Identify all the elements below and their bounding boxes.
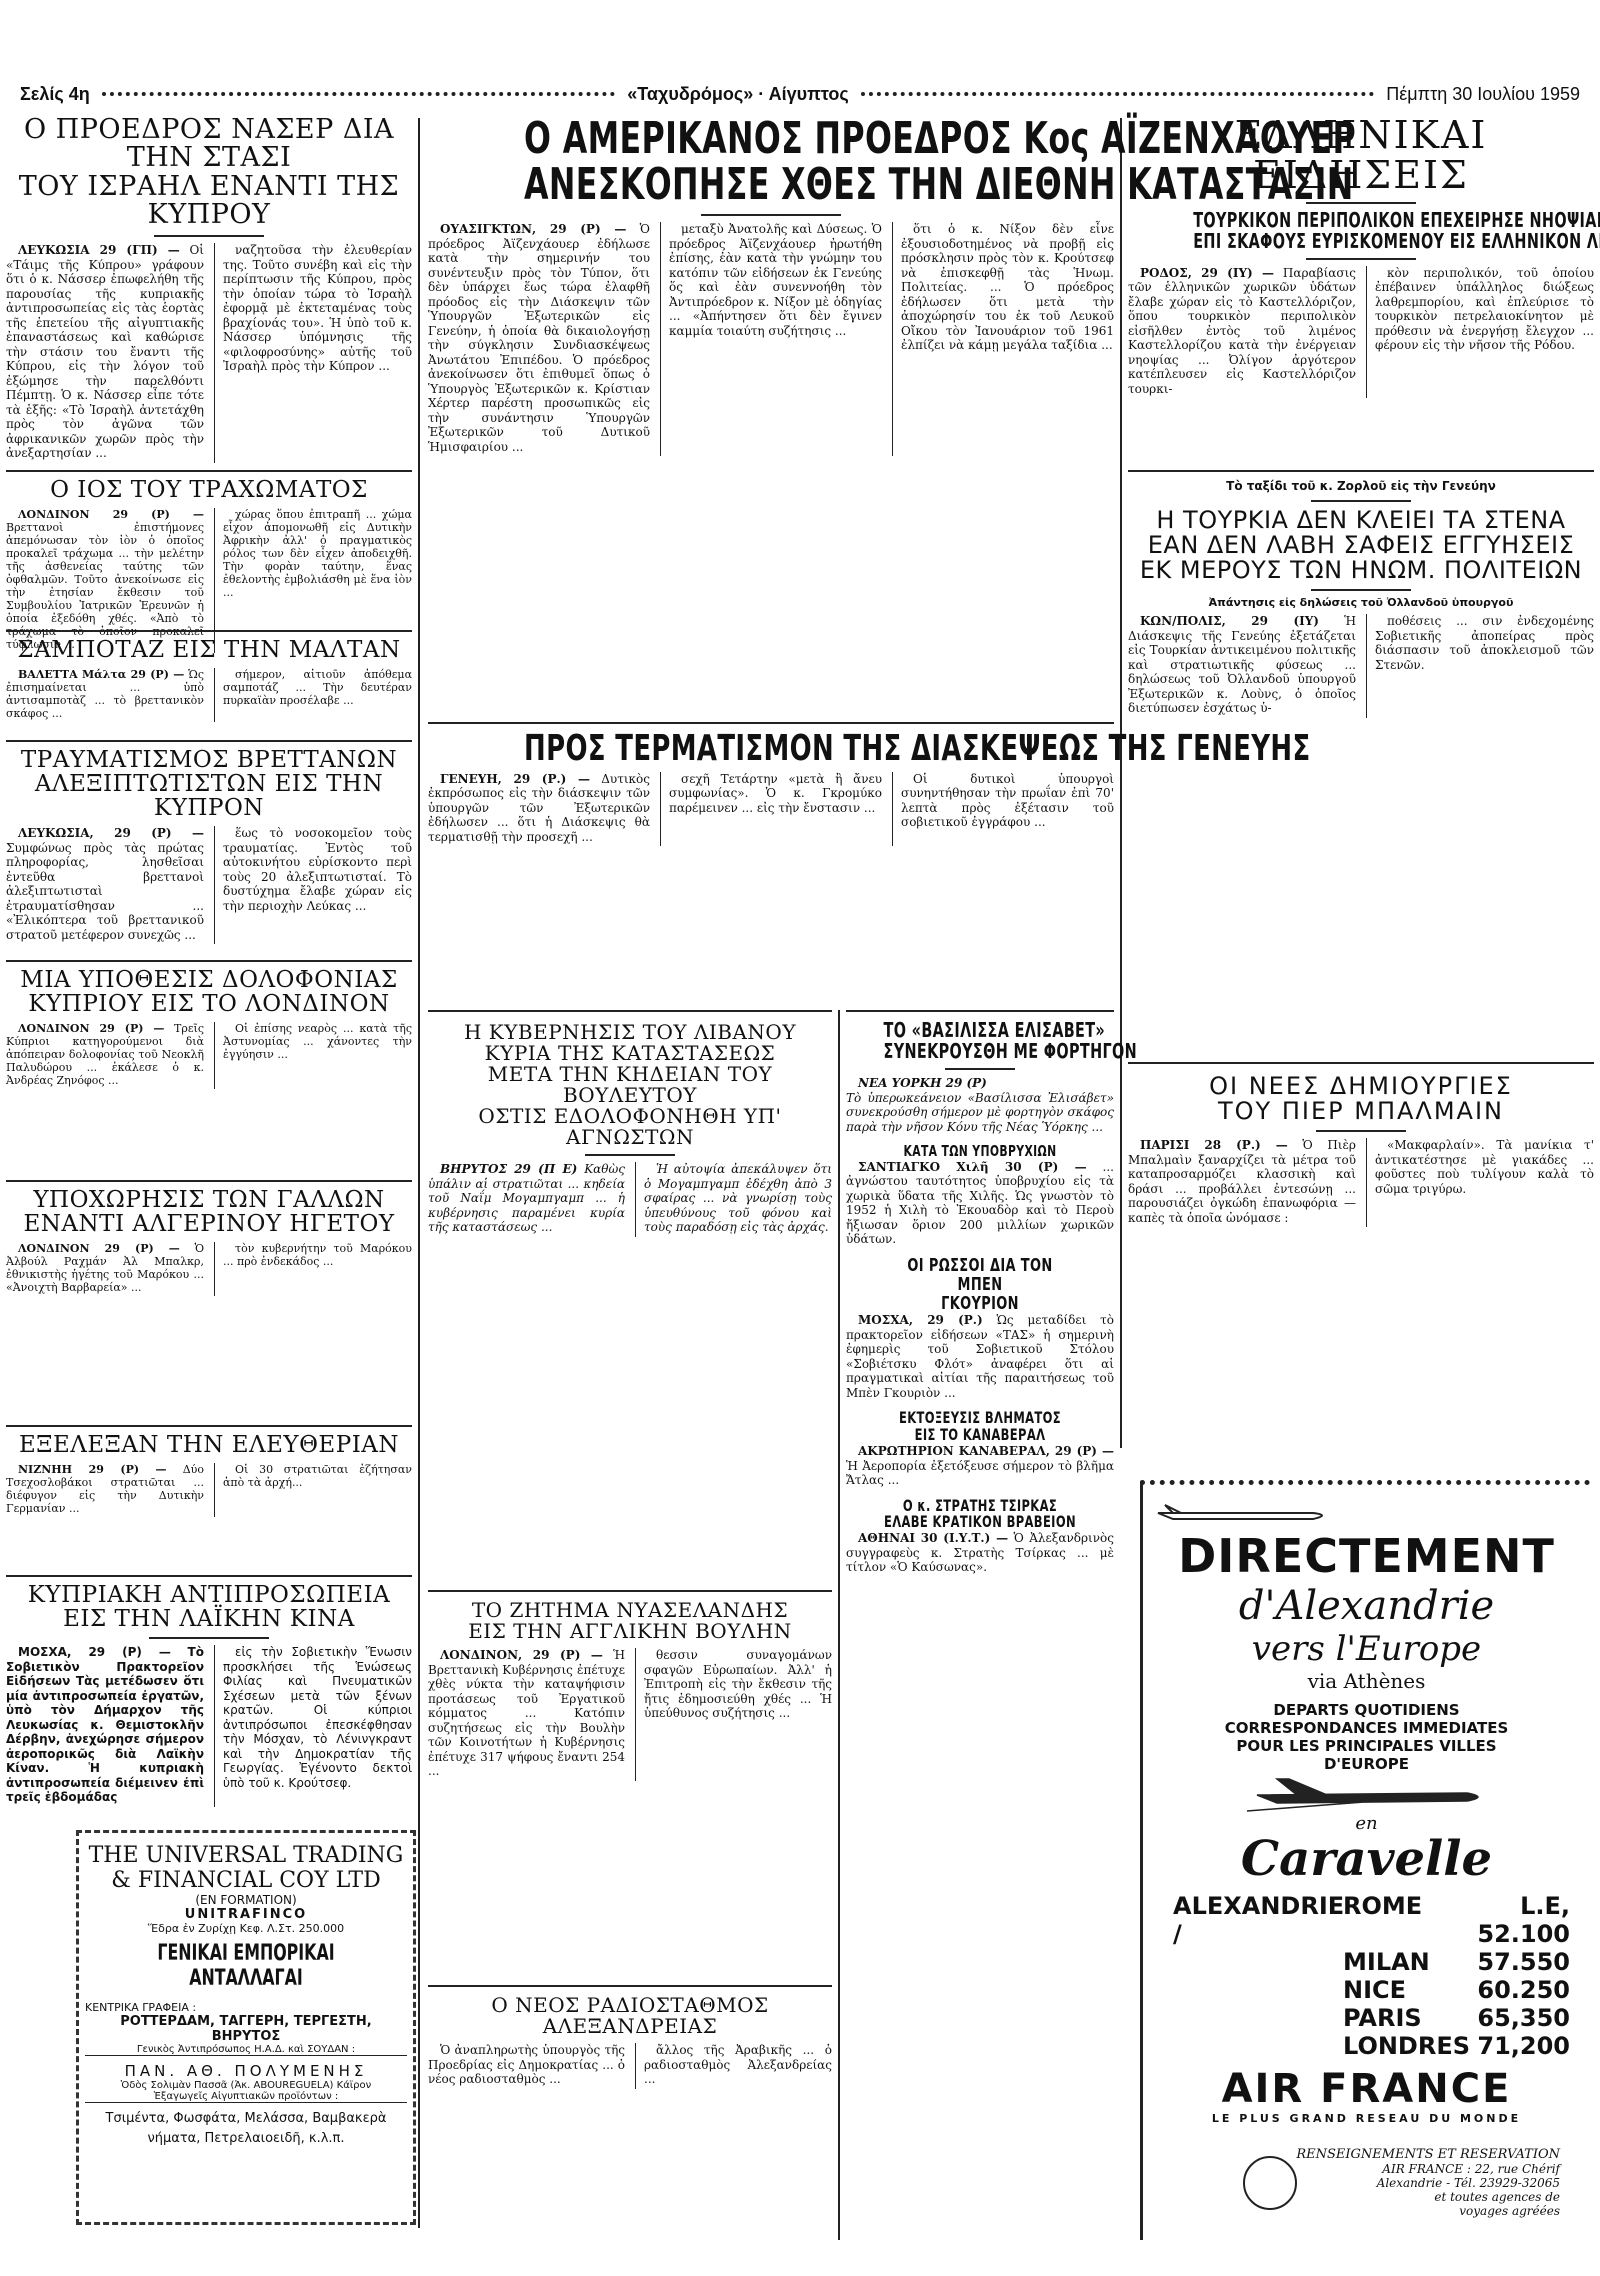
dateline: ΛΟΝΔΙΝΟΝ 29 (Ρ) —	[18, 1242, 180, 1255]
ad-exports: Τσιμέντα, Φωσφάτα, Μελάσσα, Βαμβακερὰ νή…	[85, 2109, 407, 2149]
fare-origin	[1173, 2004, 1343, 2032]
article-text: Οἱ ἐπίσης νεαρὸς ... κατὰ τῆς Ἀστυνομίας…	[223, 1022, 412, 1061]
headline: ΤΟ ΖΗΤΗΜΑ ΝΥΑΣΕΛΑΝΔΗΣ	[428, 1600, 832, 1621]
section-title: ΕΛΛΗΝΙΚΑΙ ΕΙΔΗΣΕΙΣ	[1128, 116, 1594, 196]
article-greek-news: ΕΛΛΗΝΙΚΑΙ ΕΙΔΗΣΕΙΣ ΤΟΥΡΚΙΚΟΝ ΠΕΡΙΠΟΛΙΚΟΝ…	[1128, 116, 1594, 398]
headline: ΤΟΥΡΚΙΚΟΝ ΠΕΡΙΠΟΛΙΚΟΝ ΕΠΕΧΕΙΡΗΣΕ ΝΗΟΨΙΑΝ	[1193, 210, 1529, 231]
fare-price: L.E, 52.100	[1453, 1892, 1570, 1948]
dateline: ΒΑΛΕΤΤΑ Μάλτα 29 (Ρ) —	[18, 668, 184, 681]
dateline: ΓΕΝΕΥΗ, 29 (Ρ.) —	[440, 772, 590, 786]
article-freedom: ΕΞΕΛΕΞΑΝ ΤΗΝ ΕΛΕΥΘΕΡΙΑΝ ΝΙΖΝΗΗ 29 (Ρ) — …	[6, 1425, 412, 1517]
article-text: ναζητοῦσα τὴν ἐλευθερίαν της. Τοῦτο συνέ…	[223, 243, 412, 374]
article-cyprus-china: ΚΥΠΡΙΑΚΗ ΑΝΤΙΠΡΟΣΩΠΕΙΑ ΕΙΣ ΤΗΝ ΛΑΪΚΗΝ ΚΙ…	[6, 1575, 412, 1807]
ad-agent: ΠΑΝ. ΑΘ. ΠΟΛΥΜΕΝΗΣ	[85, 2062, 407, 2080]
ad-exports-label: Ἐξαγωγεῖς Αἰγυπτιακῶν προϊόντων :	[85, 2091, 407, 2103]
dateline: ΑΚΡΩΤΗΡΙΟΝ ΚΑΝΑΒΕΡΑΛ, 29 (Ρ) —	[858, 1444, 1114, 1458]
ad-headline: DIRECTEMENT	[1143, 1529, 1590, 1583]
headline: Ο ΑΜΕΡΙΚΑΝΟΣ ΠΡΟΕΔΡΟΣ Κος ΑΪΖΕΝΧΑΟΥΕΡ	[524, 116, 1018, 162]
fare-row: NICE60.250	[1173, 1976, 1570, 2004]
fare-price: 60.250	[1453, 1976, 1570, 2004]
article-radio-alexandria: Ο ΝΕΟΣ ΡΑΔΙΟΣΤΑΘΜΟΣ ΑΛΕΞΑΝΔΡΕΙΑΣ Ὁ ἀναπλ…	[428, 1985, 832, 2089]
fare-city: MILAN	[1343, 1948, 1453, 1976]
headline: ΕΙΣ ΤΟ ΚΑΝΑΒΕΡΑΛ	[884, 1427, 1077, 1444]
masthead: Σελίς 4η «Ταχυδρόμος» · Αίγυπτος Πέμπτη …	[0, 80, 1600, 108]
ad-company-name: & FINANCIAL COY LTD	[85, 1868, 407, 1893]
ad-tagline: LE PLUS GRAND RESEAU DU MONDE	[1143, 2112, 1590, 2125]
article-text: Συμφώνως πρὸς τὰς πρώτας πληροφορίας, λη…	[6, 841, 204, 942]
ad-line: d'Alexandrie	[1143, 1583, 1590, 1629]
caravelle-jet-icon	[1143, 1773, 1590, 1813]
headline: ΕΚ ΜΕΡΟΥΣ ΤΩΝ ΗΝΩΜ. ΠΟΛΙΤΕΙΩΝ	[1128, 558, 1594, 583]
dateline: ΝΕΑ ΥΟΡΚΗ 29 (Ρ)	[858, 1076, 987, 1090]
article-text: χώρας ὅπου ἐπιτραπῆ ... χώμα εἶχον ἀπομο…	[223, 508, 412, 599]
fare-origin	[1173, 1976, 1343, 2004]
article-trachoma: Ο ΙΟΣ ΤΟΥ ΤΡΑΧΩΜΑΤΟΣ ΛΟΝΔΙΝΟΝ 29 (Ρ) — Β…	[6, 470, 412, 653]
headline: ΠΡΟΣ ΤΕΡΜΑΤΙΣΜΟΝ ΤΗΣ ΔΙΑΣΚΕΨΕΩΣ ΤΗΣ ΓΕΝΕ…	[524, 730, 1018, 768]
article-text: Ἡ αὐτοψία ἀπεκάλυψεν ὅτι ὁ Μογαμπγαμπ ἐδ…	[644, 1162, 832, 1235]
article-text: θεσσιν συναγομάνων σφαγῶν Εὐρωπαίων. Ἀλλ…	[644, 1648, 832, 1721]
headline: ΣΑΜΠΟΤΑΖ ΕΙΣ ΤΗΝ ΜΑΛΤΑΝ	[6, 638, 412, 662]
ad-via: via Athènes	[1143, 1669, 1590, 1693]
article-nasser: Ο ΠΡΟΕΔΡΟΣ ΝΑΣΕΡ ΔΙΑ ΤΗΝ ΣΤΑΣΙ ΤΟΥ ΙΣΡΑΗ…	[6, 116, 412, 463]
advertisement-air-france: DIRECTEMENT d'Alexandrie vers l'Europe v…	[1140, 1480, 1590, 2240]
dateline: ΝΙΖΝΗΗ 29 (Ρ) —	[18, 1463, 167, 1476]
headline: ΕΞΕΛΕΞΑΝ ΤΗΝ ΕΛΕΥΘΕΡΙΑΝ	[6, 1433, 412, 1457]
fare-row: PARIS65,350	[1173, 2004, 1570, 2032]
column-briefs: ΤΟ «ΒΑΣΙΛΙΣΣΑ ΕΛΙΣΑΒΕΤ» ΣΥΝΕΚΡΟΥΣΘΗ ΜΕ Φ…	[846, 1010, 1114, 1577]
dateline: ΣΑΝΤΙΑΓΚΟ Χιλῆ 30 (Ρ) —	[858, 1160, 1087, 1174]
article-balmain: ΟΙ ΝΕΕΣ ΔΗΜΙΟΥΡΓΙΕΣ ΤΟΥ ΠΙΕΡ ΜΠΑΛΜΑΙΝ ΠΑ…	[1128, 1062, 1594, 1227]
page-number: Σελίς 4η	[20, 84, 90, 105]
article-text: ἕως τὸ νοσοκομεῖον τοὺς τραυματίας. Ἐντὸ…	[223, 826, 412, 913]
article-text: Οἱ δυτικοὶ ὑπουργοὶ συνηντήθησαν τὴν πρω…	[901, 772, 1114, 830]
dateline: ΑΘΗΝΑΙ 30 (Ι.Υ.Τ.) —	[858, 1531, 1008, 1545]
fare-row: MILAN57.550	[1173, 1948, 1570, 1976]
fare-price: 71,200	[1453, 2032, 1570, 2060]
paper-name: «Ταχυδρόμος» · Αίγυπτος	[627, 84, 848, 105]
headline: ΣΥΝΕΚΡΟΥΣΘΗ ΜΕ ΦΟΡΤΗΓΟΝ	[884, 1041, 1077, 1062]
ad-offices: ΡΟΤΤΕΡΔΑΜ, ΤΑΓΓΕΡΗ, ΤΕΡΓΕΣΤΗ, ΒΗΡΥΤΟΣ	[85, 2014, 407, 2044]
article-text: Τὸ Σοβιετικὸν Πρακτορεῖον Εἰδήσεων Τὰς μ…	[6, 1645, 204, 1804]
dateline: ΜΟΣΧΑ, 29 (Ρ.)	[858, 1313, 983, 1327]
ad-agent-label: Γενικὸς Ἀντιπρόσωπος Η.Α.Δ. καὶ ΣΟΥΔΑΝ :	[85, 2044, 407, 2056]
article-text: «Μακφαρλαίν». Τὰ μανίκια τ' ἀντικατέστησ…	[1375, 1138, 1594, 1196]
headline: ΕΑΝ ΔΕΝ ΛΑΒΗ ΣΑΦΕΙΣ ΕΓΓΥΗΣΕΙΣ	[1128, 533, 1594, 558]
advertisement-unitrafinco: THE UNIVERSAL TRADING & FINANCIAL COY LT…	[76, 1830, 416, 2225]
column-rule	[838, 1010, 840, 2240]
fare-city: PARIS	[1343, 2004, 1453, 2032]
article-text: σήμερον, αἰτιοῦν ἀπόθεμα σαμποτάζ ... Τὴ…	[223, 668, 412, 707]
article-text: μεταξὺ Ἀνατολῆς καὶ Δύσεως. Ὁ πρόεδρος Ἀ…	[669, 222, 882, 338]
article-text: Ἡ Διάσκεψις τῆς Γενεύης ἐξετάζεται εἰς Τ…	[1128, 614, 1356, 715]
ad-info: RENSEIGNEMENTS ET RESERVATION	[1143, 2147, 1560, 2162]
headline: ΚΥΠΡΙΑΚΗ ΑΝΤΙΠΡΟΣΩΠΕΙΑ	[6, 1583, 412, 1607]
article-text: ποθέσεις ... σιν ἐνδεχομένης Σοβιετικῆς …	[1375, 614, 1594, 672]
dateline: ΛΕΥΚΩΣΙΑ 29 (ΓΠ) —	[18, 243, 180, 257]
fare-origin: ALEXANDRIE /	[1173, 1892, 1343, 1948]
kicker: Τὸ ταξίδι τοῦ κ. Ζορλοῦ εἰς τὴν Γενεύην	[1128, 480, 1594, 494]
article-geneva: ΠΡΟΣ ΤΕΡΜΑΤΙΣΜΟΝ ΤΗΣ ΔΙΑΣΚΕΨΕΩΣ ΤΗΣ ΓΕΝΕ…	[428, 722, 1114, 846]
article-text: Οἱ 30 στρατιῶται ἐζήτησαν ἀπὸ τὰ ἀρχή...	[223, 1463, 412, 1489]
ad-brand: AIR FRANCE	[1143, 2066, 1590, 2112]
article-paratroopers: ΤΡΑΥΜΑΤΙΣΜΟΣ ΒΡΕΤΤΑΝΩΝ ΑΛΕΞΙΠΤΩΤΙΣΤΩΝ ΕΙ…	[6, 740, 412, 944]
article-text: ἄλλος τῆς Ἀραβικῆς ... ὁ ραδιοσταθμὸς Ἀλ…	[644, 2043, 832, 2087]
ad-business: ΓΕΝΙΚΑΙ ΕΜΠΟΡΙΚΑΙ ΑΝΤΑΛΛΑΓΑΙ	[130, 1941, 362, 1991]
headline: ΤΡΑΥΜΑΤΙΣΜΟΣ ΒΡΕΤΤΑΝΩΝ	[6, 748, 412, 772]
article-text: Τὸ ὑπερωκεάνειον «Βασίλισσα Ἐλισάβετ» συ…	[846, 1091, 1114, 1134]
headline: ΑΛΕΞΙΠΤΩΤΙΣΤΩΝ ΕΙΣ ΤΗΝ ΚΥΠΡΟΝ	[6, 772, 412, 820]
headline: ΜΙΑ ΥΠΟΘΕΣΙΣ ΔΟΛΟΦΟΝΙΑΣ	[6, 968, 412, 992]
article-murder-plot: ΜΙΑ ΥΠΟΘΕΣΙΣ ΔΟΛΟΦΟΝΙΑΣ ΚΥΠΡΙΟΥ ΕΙΣ ΤΟ Λ…	[6, 960, 412, 1089]
headline: Η ΚΥΒΕΡΝΗΣΙΣ ΤΟΥ ΛΙΒΑΝΟΥ	[428, 1022, 832, 1043]
article-text: Ἡ Βρεττανικὴ Κυβέρνησις ἐπέτυχε χθὲς νύκ…	[428, 1648, 625, 1778]
dateline: ΛΟΝΔΙΝΟΝ, 29 (Ρ) —	[440, 1648, 603, 1662]
dateline: ΡΟΔΟΣ, 29 (ΙΥ) —	[1140, 266, 1274, 280]
dateline: ΜΟΣΧΑ, 29 (Ρ) —	[18, 1645, 171, 1659]
headline: ΟΙ ΡΩΣΣΟΙ ΔΙΑ ΤΟΝ ΜΠΕΝ	[884, 1257, 1077, 1295]
article-turkey-straits: Τὸ ταξίδι τοῦ κ. Ζορλοῦ εἰς τὴν Γενεύην …	[1128, 470, 1594, 718]
headline: ΥΠΟΧΩΡΗΣΙΣ ΤΩΝ ΓΑΛΛΩΝ	[6, 1188, 412, 1212]
headline: ΕΛΑΒΕ ΚΡΑΤΙΚΟΝ ΒΡΑΒΕΙΟΝ	[884, 1514, 1077, 1531]
ad-line: vers l'Europe	[1143, 1629, 1590, 1669]
headline: Η ΤΟΥΡΚΙΑ ΔΕΝ ΚΛΕΙΕΙ ΤΑ ΣΤΕΝΑ	[1128, 508, 1594, 533]
ad-text: DEPARTS QUOTIDIENS	[1143, 1701, 1590, 1719]
ad-seat: Ἕδρα ἐν Ζυρίχῃ Κεφ. Λ.Στ. 250.000	[85, 1922, 407, 1935]
dateline: ΛΟΝΔΙΝΟΝ 29 (Ρ) —	[18, 508, 204, 521]
article-text: εἰς τὴν Σοβιετικὴν Ἕνωσιν προσκλήσει τῆς…	[223, 1645, 412, 1790]
dateline: ΛΟΝΔΙΝΟΝ 29 (Ρ) —	[18, 1022, 164, 1035]
article-algeria: ΥΠΟΧΩΡΗΣΙΣ ΤΩΝ ΓΑΛΛΩΝ ΕΝΑΝΤΙ ΑΛΓΕΡΙΝΟΥ Η…	[6, 1180, 412, 1296]
ad-offices-label: ΚΕΝΤΡΙΚΑ ΓΡΑΦΕΙΑ :	[85, 2001, 407, 2014]
masthead-dots	[861, 92, 1375, 96]
ad-status: (EN FORMATION)	[85, 1893, 407, 1907]
article-lebanon: Η ΚΥΒΕΡΝΗΣΙΣ ΤΟΥ ΛΙΒΑΝΟΥ ΚΥΡΙΑ ΤΗΣ ΚΑΤΑΣ…	[428, 1010, 832, 1237]
article-text: τὸν κυβερνήτην τοῦ Μαρόκου ... πρὸ ἐνδεκ…	[223, 1242, 412, 1268]
headline: ΑΝΕΣΚΟΠΗΣΕ ΧΘΕΣ ΤΗΝ ΔΙΕΘΝΗ ΚΑΤΑΣΤΑΣΙΝ	[524, 162, 1018, 208]
article-eisenhower: Ο ΑΜΕΡΙΚΑΝΟΣ ΠΡΟΕΔΡΟΣ Κος ΑΪΖΕΝΧΑΟΥΕΡ ΑΝ…	[428, 116, 1114, 456]
jet-icon	[1153, 1501, 1333, 1521]
article-text: κὸν περιπολικόν, τοῦ ὁποίου ἐπέβαινεν ὑπ…	[1375, 266, 1594, 353]
article-text: ὅτι ὁ κ. Νίξον δὲν εἶνε ἐξουσιοδοτημένος…	[901, 222, 1114, 353]
headline: Ο ΙΟΣ ΤΟΥ ΤΡΑΧΩΜΑΤΟΣ	[6, 478, 412, 502]
fare-row: LONDRES71,200	[1173, 2032, 1570, 2060]
dateline: ΒΗΡΥΤΟΣ 29 (Π Ε)	[440, 1162, 577, 1176]
ad-info: AIR FRANCE : 22, rue Chérif	[1143, 2162, 1560, 2176]
headline: ΚΑΤΑ ΤΩΝ ΥΠΟΒΡΥΧΙΩΝ	[884, 1144, 1077, 1160]
ad-info: Alexandrie - Tél. 23929-32065	[1143, 2176, 1560, 2190]
headline: ΚΥΡΙΑ ΤΗΣ ΚΑΤΑΣΤΑΣΕΩΣ	[428, 1043, 832, 1064]
ad-aircraft: Caravelle	[1143, 1834, 1590, 1884]
article-text: Παραβίασις τῶν ἑλληνικῶν χωρικῶν ὑδάτων …	[1128, 266, 1356, 396]
headline: ΟΣΤΙΣ ΕΔΟΛΟΦΟΝΗΘΗ ΥΠ' ΑΓΝΩΣΤΩΝ	[428, 1106, 832, 1148]
dateline: ΚΩΝ/ΠΟΛΙΣ, 29 (ΙΥ)	[1140, 614, 1319, 628]
headline: ΕΝΑΝΤΙ ΑΛΓΕΡΙΝΟΥ ΗΓΕΤΟΥ	[6, 1212, 412, 1236]
fare-price: 65,350	[1453, 2004, 1570, 2032]
headline: ΕΠΙ ΣΚΑΦΟΥΣ ΕΥΡΙΣΚΟΜΕΝΟΥ ΕΙΣ ΕΛΛΗΝΙΚΟΝ Λ…	[1193, 231, 1529, 252]
dateline: ΛΕΥΚΩΣΙΑ, 29 (Ρ) —	[18, 826, 204, 840]
fare-origin	[1173, 1948, 1343, 1976]
ad-company-name: THE UNIVERSAL TRADING	[85, 1843, 407, 1868]
ad-text: CORRESPONDANCES IMMEDIATES	[1143, 1719, 1590, 1737]
headline: ΚΥΠΡΙΟΥ ΕΙΣ ΤΟ ΛΟΝΔΙΝΟΝ	[6, 992, 412, 1016]
article-text: Ἡ Ἀεροπορία ἐξετόξευσε σήμερον τὸ βλῆμα …	[846, 1459, 1114, 1488]
ad-text: POUR LES PRINCIPALES VILLES	[1143, 1737, 1590, 1755]
article-text: σεχῆ Τετάρτην «μετὰ ἢ ἄνευ συμφωνίας». Ὁ…	[669, 772, 882, 816]
headline: ΤΟ «ΒΑΣΙΛΙΣΣΑ ΕΛΙΣΑΒΕΤ»	[884, 1020, 1077, 1041]
fare-city: LONDRES	[1343, 2032, 1453, 2060]
headline: ΜΕΤΑ ΤΗΝ ΚΗΔΕΙΑΝ ΤΟΥ ΒΟΥΛΕΥΤΟΥ	[428, 1064, 832, 1106]
headline: ΤΟΥ ΙΣΡΑΗΛ ΕΝΑΝΤΙ ΤΗΣ ΚΥΠΡΟΥ	[6, 173, 412, 230]
headline: Ο ΝΕΟΣ ΡΑΔΙΟΣΤΑΘΜΟΣ ΑΛΕΞΑΝΔΡΕΙΑΣ	[428, 1995, 832, 2037]
headline: ΤΟΥ ΠΙΕΡ ΜΠΑΛΜΑΙΝ	[1128, 1099, 1594, 1124]
fare-city: NICE	[1343, 1976, 1453, 2004]
fare-price: 57.550	[1453, 1948, 1570, 1976]
fare-city: ROME	[1343, 1892, 1453, 1948]
article-text: Οἱ «Τάιμς τῆς Κύπρου» γράφουν ὅτι ὁ κ. Ν…	[6, 243, 204, 460]
column-rule	[1120, 118, 1122, 1448]
fare-row: ALEXANDRIE /ROMEL.E, 52.100	[1173, 1892, 1570, 1948]
ad-info: voyages agréées	[1143, 2204, 1560, 2218]
headline: ΕΙΣ ΤΗΝ ΛΑΪΚΗΝ ΚΙΝΑ	[6, 1607, 412, 1631]
column-rule	[418, 118, 420, 2228]
masthead-dots	[102, 92, 616, 96]
dateline: ΠΑΡΙΣΙ 28 (Ρ.) —	[1140, 1138, 1288, 1152]
ad-info: et toutes agences de	[1143, 2190, 1560, 2204]
headline: Ο ΠΡΟΕΔΡΟΣ ΝΑΣΕΡ ΔΙΑ ΤΗΝ ΣΤΑΣΙ	[6, 116, 412, 173]
ad-brand: UNITRAFINCO	[85, 1907, 407, 1922]
fare-table: ALEXANDRIE /ROMEL.E, 52.100MILAN57.550NI…	[1173, 1892, 1570, 2060]
article-text: Ὁ πρόεδρος Ἀϊζενχάουερ ἐδήλωσε κατὰ τὴν …	[428, 222, 650, 454]
ad-address: Ὁδὸς Σολιμὰν Πασσᾶ (Ἀκ. ABOUREGUELA) Κάϊ…	[85, 2080, 407, 2091]
fare-origin	[1173, 2032, 1343, 2060]
headline: ΓΚΟΥΡΙΟΝ	[884, 1295, 1077, 1314]
dateline: ΟΥΑΣΙΓΚΤΩΝ, 29 (Ρ) —	[440, 222, 626, 236]
issue-date: Πέμπτη 30 Ιουλίου 1959	[1386, 84, 1580, 105]
article-text: Ὁ ἀναπληρωτὴς ὑπουργὸς τῆς Προεδρίας εἰς…	[428, 2043, 625, 2087]
ad-text: D'EUROPE	[1143, 1755, 1590, 1773]
headline: ΕΙΣ ΤΗΝ ΑΓΓΛΙΚΗΝ ΒΟΥΛΗΝ	[428, 1621, 832, 1642]
headline: ΟΙ ΝΕΕΣ ΔΗΜΙΟΥΡΓΙΕΣ	[1128, 1074, 1594, 1099]
subtitle: Ἀπάντησις εἰς δηλώσεις τοῦ Ὀλλανδοῦ ὑπου…	[1128, 597, 1594, 610]
air-france-logo-icon	[1243, 2156, 1297, 2210]
article-new-zealand: ΤΟ ΖΗΤΗΜΑ ΝΥΑΣΕΛΑΝΔΗΣ ΕΙΣ ΤΗΝ ΑΓΓΛΙΚΗΝ Β…	[428, 1590, 832, 1781]
article-sabotage: ΣΑΜΠΟΤΑΖ ΕΙΣ ΤΗΝ ΜΑΛΤΑΝ ΒΑΛΕΤΤΑ Μάλτα 29…	[6, 630, 412, 722]
